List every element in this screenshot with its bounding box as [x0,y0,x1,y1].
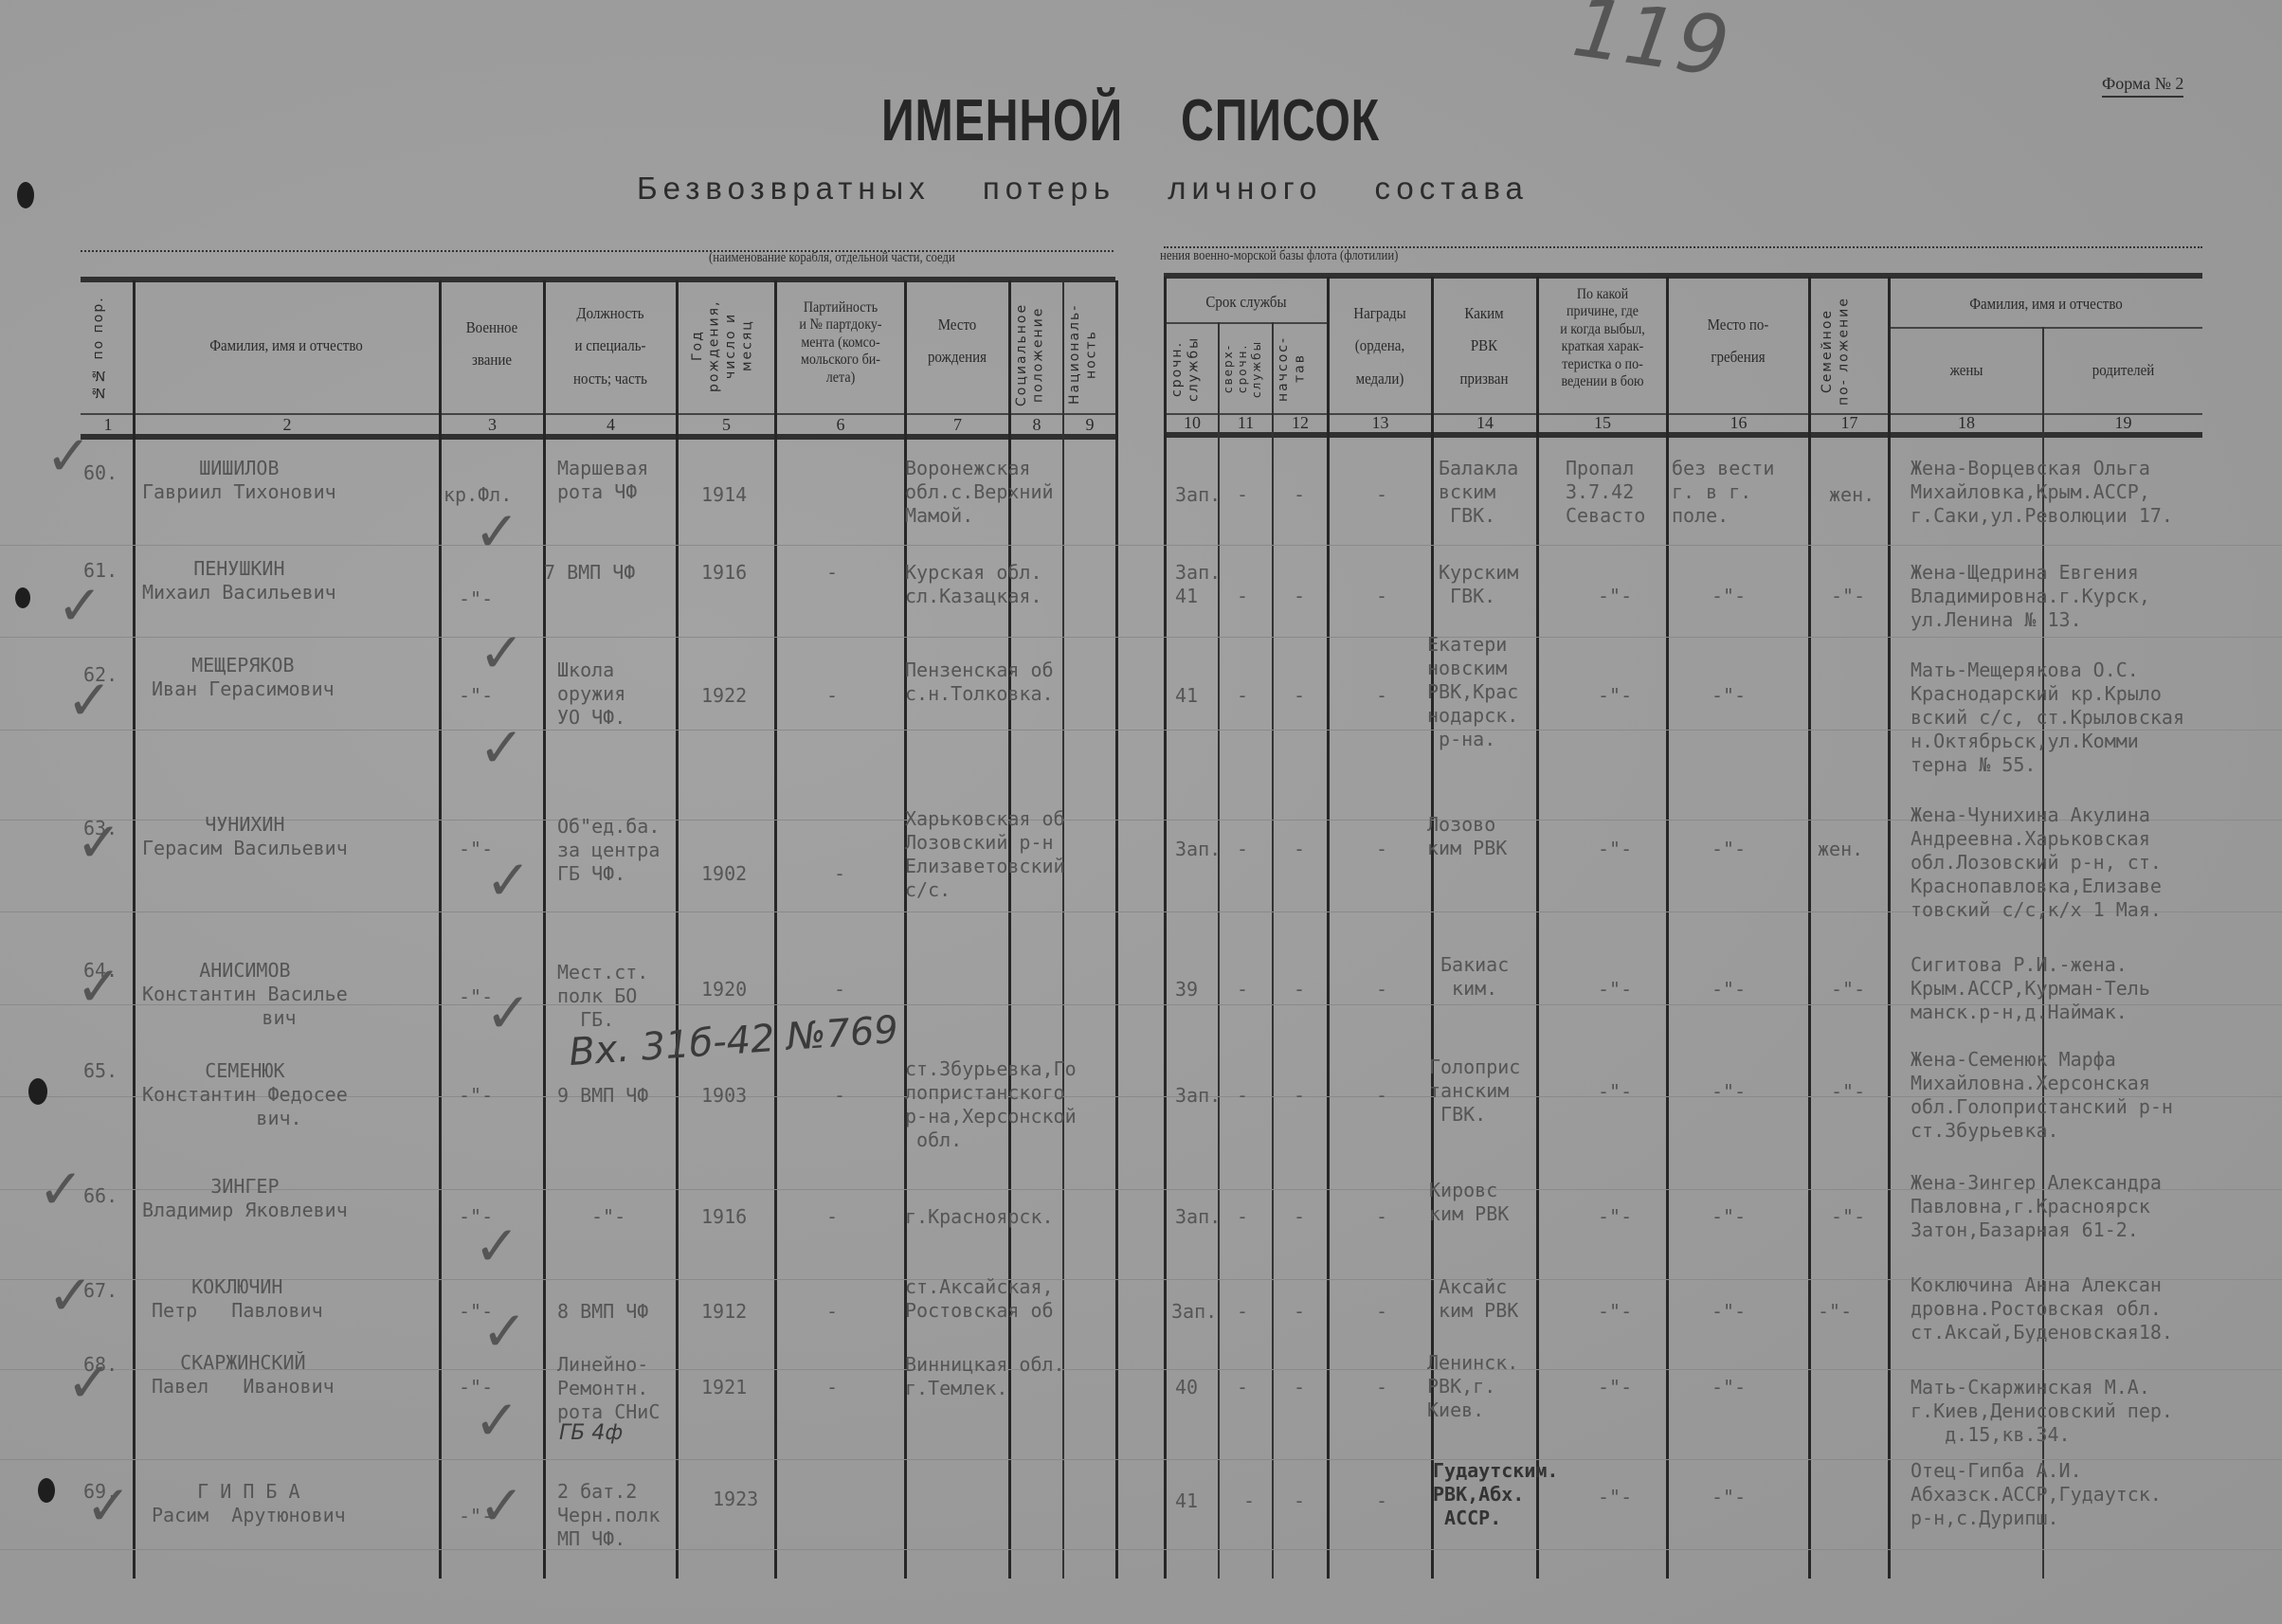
header-text: рождения [913,345,1001,370]
row-rvk: Ленинск. РВК,г. Киев. [1427,1351,1518,1422]
row-awards: - [1376,585,1387,608]
col-number: 9 [1064,415,1115,435]
header-col-9: Националь- ность [1067,301,1113,407]
row-command: - [1294,1205,1305,1229]
row-burial: -"- [1711,1376,1746,1399]
header-col-15: По какойпричине, гдеи когда выбыл,кратка… [1547,286,1658,390]
col-divider [1272,322,1274,1579]
row-born: 1920 [701,978,747,1001]
col-divider [1888,277,1891,1579]
row-born: 1903 [701,1084,747,1108]
row-reason: -"- [1598,1300,1632,1324]
header-text: гребения [1677,345,1799,370]
col-number: 5 [679,415,774,435]
check-mark-icon: ✓ [479,625,525,680]
row-party: - [834,1084,845,1108]
row-term-regular: Зап. [1175,1205,1221,1229]
row-rvk: Балакла вским ГВК. [1439,457,1518,528]
header-col-3: Военноезвание [447,316,535,373]
row-term-extra: - [1237,1376,1248,1399]
caption-right: нения военно-морской базы флота (флотили… [1160,248,1398,264]
header-text: краткая харак- [1547,338,1658,355]
header-relatives: Фамилия, имя и отчество [1910,292,2183,316]
row-birthplace: ст.Аксайская, Ростовская об [905,1275,1054,1323]
col-number: 19 [2045,413,2201,433]
row-birthplace: г.Красноярск. [905,1205,1054,1229]
row-rvk: Бакиас ким. [1440,953,1509,1001]
header-text: причине, где [1547,303,1658,320]
header-col-1: №№ по пор. [91,289,129,407]
check-mark-icon: ✓ [76,959,122,1014]
row-term-regular: 41 [1175,684,1198,708]
row-command: - [1294,1084,1305,1108]
row-party: - [834,978,845,1001]
header-col-11: сверх- срочн. службы [1222,328,1271,409]
row-awards: - [1376,1489,1387,1513]
header-text: Год рождения, [690,299,722,391]
row-wife: Жена-Щедрина Евгения Владимировна.г.Курс… [1911,561,2150,632]
check-mark-icon: ✓ [479,1478,525,1533]
page-subtitle: Безвозвратных потерь личного состава [637,171,1529,207]
form-number: Форма № 2 [2102,74,2183,98]
row-reason: -"- [1598,585,1632,608]
ruled-line [0,637,2282,638]
col-number: 3 [442,415,543,435]
row-awards: - [1376,684,1387,708]
row-name: СЕМЕНЮК Константин Федосее вич. [142,1059,348,1130]
row-family: -"- [1831,1205,1865,1229]
row-reason: -"- [1598,978,1632,1001]
row-position: 9 ВМП ЧФ [557,1084,648,1108]
row-party: - [826,1300,838,1324]
row-position: -"- [591,1205,625,1229]
row-term-extra: - [1237,1084,1248,1108]
col-number: 15 [1539,413,1666,433]
header-text: Военное [447,316,535,340]
row-rvk: Голоприс танским ГВК. [1429,1056,1520,1127]
header-col-7: Месторождения [913,313,1001,370]
row-rvk: Курским ГВК. [1439,561,1518,608]
row-awards: - [1376,1300,1387,1324]
row-birthplace: ст.Збурьевка,Го лопристанского р-на,Херс… [905,1057,1077,1152]
col-number: 11 [1220,413,1272,433]
header-text: Награды [1335,301,1423,326]
row-command: - [1294,684,1305,708]
row-reason: Пропал 3.7.42 Севасто [1566,457,1645,528]
header-text: и № партдоку- [785,316,896,334]
check-mark-icon: ✓ [485,853,532,908]
row-term-regular: Зап. [1171,1300,1217,1324]
row-burial: без вести г. в г. поле. [1672,457,1774,528]
ink-blot [17,182,34,208]
row-burial: -"- [1711,1205,1746,1229]
row-born: 1916 [701,561,747,585]
row-command: - [1294,483,1305,507]
row-reason: -"- [1598,838,1632,861]
check-mark-icon: ✓ [66,1355,113,1410]
row-command: - [1294,585,1305,608]
col-divider [1666,277,1669,1579]
row-position: Об"ед.ба. за центра ГБ ЧФ. [557,815,660,886]
header-col-13: Награды(ордена,медали) [1335,301,1423,391]
col-number: 7 [907,415,1008,435]
check-mark-icon: ✓ [485,985,532,1040]
header-text: Партийность [785,299,896,316]
check-mark-icon: ✓ [38,1162,84,1217]
row-command: - [1294,978,1305,1001]
page-title: ИМЕННОЙ СПИСОК [881,87,1380,154]
check-mark-icon: ✓ [66,673,113,728]
row-position: 2 бат.2 Черн.полк МП ЧФ. [557,1480,660,1551]
row-reason: -"- [1598,1080,1632,1104]
row-command: - [1294,1376,1305,1399]
header-col-6: Партийностьи № партдоку-мента (комсо-мол… [785,299,896,387]
row-term-extra: - [1243,1489,1255,1513]
col-number: 18 [1891,413,2042,433]
row-wife: Отец-Гипба А.И. Абхазск.АССР,Гудаутск. р… [1911,1459,2162,1530]
row-party: - [826,1376,838,1399]
row-rvk: Екатери новским РВК,Крас нодарск. р-на. [1427,633,1518,751]
header-text: Должность [553,301,667,326]
row-born: 1922 [701,684,747,708]
header-text: теристка о по- [1547,356,1658,373]
row-party: - [826,1205,838,1229]
row-party: - [834,862,845,886]
row-birthplace: Харьковская об Лозовский р-н Елизаветовс… [905,807,1065,902]
row-family: жен. [1829,483,1874,507]
check-mark-icon: ✓ [474,1393,520,1448]
row-term-regular: Зап. 41 [1175,561,1221,608]
row-born: 1916 [701,1205,747,1229]
row-term-extra: - [1237,1300,1248,1324]
row-name: ШИШИЛОВ Гавриил Тихонович [142,457,336,504]
row-birthplace: Пензенская об с.н.Толковка. [905,659,1054,706]
row-term-regular: Зап. [1175,483,1221,507]
row-burial: -"- [1711,1300,1746,1324]
row-awards: - [1376,1084,1387,1108]
header-text: По какой [1547,286,1658,303]
row-awards: - [1376,838,1387,861]
row-command: - [1294,1489,1305,1513]
col-number: 4 [546,415,676,435]
row-position: Линейно- Ремонтн. рота СНиС [557,1353,660,1424]
header-col-4: Должностьи специаль-ность; часть [553,301,667,391]
header-col-8: Социальное положение [1014,301,1059,407]
row-name: Г И П Б А Расим Арутюнович [152,1480,346,1527]
header-text: и специаль- [553,334,667,358]
row-birthplace: Винницкая обл. г.Темлек. [905,1353,1065,1400]
row-party: - [826,561,838,585]
row-position: 8 ВМП ЧФ [557,1300,648,1324]
row-name: МЕЩЕРЯКОВ Иван Герасимович [152,654,335,701]
col-number: 16 [1669,413,1808,433]
row-awards: - [1376,978,1387,1001]
row-name: АНИСИМОВ Константин Василье вич [142,959,348,1030]
col-number: 10 [1167,413,1218,433]
row-wife: Коключина Анна Алексан дровна.Ростовская… [1911,1273,2173,1344]
row-wife: Сигитова Р.И.-жена. Крым.АССР,Курман-Тел… [1911,953,2150,1024]
header-text: мента (комсо- [785,334,896,352]
check-mark-icon: ✓ [57,578,103,633]
col-number: 6 [777,415,904,435]
header-service-term: Срок службы [1176,290,1316,315]
ink-blot [15,587,30,608]
row-rvk: Аксайс ким РВК [1439,1275,1518,1323]
header-col-12: начсос- тав [1276,328,1325,409]
row-position: 7 ВМП ЧФ [544,561,635,585]
service-term-group-rule [1164,322,1327,324]
row-party: - [826,684,838,708]
relatives-group-rule [1889,327,2202,329]
row-birthplace: Курская обл. сл.Казацкая. [905,561,1042,608]
row-name: СКАРЖИНСКИЙ Павел Иванович [152,1351,335,1398]
col-divider [1164,277,1167,1579]
col-divider [1536,277,1539,1579]
table-top-rule-right [1164,273,2202,279]
ruled-line [0,545,2282,546]
row-number: 65. [83,1059,118,1083]
col-number: 13 [1330,413,1431,433]
table-top-rule-left [81,277,1115,282]
col-divider [1115,280,1118,1579]
col-divider [676,280,679,1579]
row-term-regular: 39 [1175,978,1198,1001]
col-divider [774,280,777,1579]
row-term-extra: - [1237,684,1248,708]
ink-blot [38,1478,55,1503]
row-rank: -"- [459,684,493,708]
row-term-extra: - [1237,1205,1248,1229]
row-born: 1923 [713,1488,758,1511]
row-term-extra: - [1237,978,1248,1001]
row-birthplace: Воронежская обл.с.Верхний Мамой. [905,457,1054,528]
row-wife: Жена-Зингер Александра Павловна,г.Красно… [1911,1171,2162,1242]
row-rank: -"- [459,587,493,611]
row-term-regular: Зап. [1175,838,1221,861]
col-number: 2 [136,415,439,435]
check-mark-icon: ✓ [474,504,520,559]
col-number: 17 [1811,413,1888,433]
header-text: звание [447,348,535,372]
header-text: призван [1440,367,1528,391]
row-awards: - [1376,1376,1387,1399]
row-burial: -"- [1711,1080,1746,1104]
header-col-17: Семейное по- ложение [1820,294,1876,409]
row-burial: -"- [1711,684,1746,708]
row-command: - [1294,838,1305,861]
unit-name-line-left [81,250,1114,252]
row-burial: -"- [1711,838,1746,861]
header-text: Каким [1440,301,1528,326]
header-col-18: жены [1900,358,2034,383]
check-mark-icon: ✓ [479,720,525,775]
col-number: 14 [1434,413,1536,433]
col-number: 8 [1011,415,1062,435]
ruled-line [0,1369,2282,1370]
row-family: -"- [1818,1300,1852,1324]
check-mark-icon: ✓ [474,1218,520,1273]
header-text: медали) [1335,367,1423,391]
col-divider [133,280,136,1579]
row-term-extra: - [1237,585,1248,608]
row-burial: -"- [1711,1486,1746,1509]
row-wife: Жена-Семенюк Марфа Михайловна.Херсонская… [1911,1048,2173,1143]
header-col-2: Фамилия, имя и отчество [154,334,419,358]
check-mark-icon: ✓ [85,1478,132,1533]
header-text: число и месяц [723,313,755,379]
row-burial: -"- [1711,585,1746,608]
row-awards: - [1376,1205,1387,1229]
row-term-regular: 40 [1175,1376,1198,1399]
ruled-line [0,1549,2282,1550]
check-mark-icon: ✓ [481,1304,528,1359]
col-number: 12 [1274,413,1327,433]
header-text: лета) [785,370,896,387]
row-term-regular: 41 [1175,1489,1198,1513]
row-number: 66. [83,1184,118,1208]
row-name: ЗИНГЕР Владимир Яковлевич [142,1175,348,1222]
header-text: мольского би- [785,352,896,369]
row-reason: -"- [1598,1205,1632,1229]
header-text: и когда выбыл, [1547,321,1658,338]
row-family: -"- [1831,585,1865,608]
row-reason: -"- [1598,1486,1632,1509]
header-text: РВК [1440,334,1528,358]
row-born: 1914 [701,483,747,507]
row-reason: -"- [1598,1376,1632,1399]
header-col-19: родителей [2055,358,2192,383]
check-mark-icon: ✓ [45,428,92,483]
row-family: жен. [1818,838,1863,861]
row-position: Мест.ст. полк БО ГБ. [557,961,648,1032]
row-wife: Мать-Мещерякова О.С. Краснодарский кр.Кр… [1911,659,2184,777]
row-name: ЧУНИХИН Герасим Васильевич [142,813,348,860]
row-family: -"- [1831,1080,1865,1104]
row-born: 1921 [701,1376,747,1399]
col-divider [1327,277,1330,1579]
header-col-16: Место по-гребения [1677,313,1799,370]
row-awards: - [1376,483,1387,507]
row-rank: -"- [459,1084,493,1108]
row-born: 1902 [701,862,747,886]
col-divider [543,280,546,1579]
row-wife: Жена-Ворцевская Ольга Михайловка,Крым.АС… [1911,457,2173,528]
header-text: Место [913,313,1001,337]
caption-left: (наименование корабля, отдельной части, … [709,250,955,266]
ink-blot [28,1078,47,1105]
header-text: ность; часть [553,367,667,391]
row-term-extra: - [1237,483,1248,507]
header-col-14: КакимРВКпризван [1440,301,1528,391]
handwritten-unit-note: ГБ 4ф [559,1421,623,1445]
header-text: Место по- [1677,313,1799,337]
row-rvk: Лозово ким РВК [1427,813,1507,860]
row-rvk: Кировс ким РВК [1429,1179,1509,1226]
row-term-extra: - [1237,838,1248,861]
row-rvk: Гудаутским. РВК,Абх. АССР. [1433,1459,1558,1530]
row-position: Маршевая рота ЧФ [557,457,648,504]
row-position: Школа оружия УО ЧФ. [557,659,625,730]
row-reason: -"- [1598,684,1632,708]
header-col-10: срочн. службы [1169,328,1217,409]
row-name: ПЕНУШКИН Михаил Васильевич [142,557,336,604]
header-text: (ордена, [1335,334,1423,358]
header-text: ведении в бою [1547,373,1658,390]
row-term-regular: Зап. [1175,1084,1221,1108]
col-divider [439,280,442,1579]
check-mark-icon: ✓ [47,1268,94,1323]
row-wife: Мать-Скаржинская М.А. г.Киев,Денисовский… [1911,1376,2173,1447]
row-name: КОКЛЮЧИН Петр Павлович [152,1275,323,1323]
check-mark-icon: ✓ [76,815,122,870]
row-wife: Жена-Чунихина Акулина Андреевна.Харьковс… [1911,803,2162,922]
row-born: 1912 [701,1300,747,1324]
header-col-5: Год рождения, число и месяц [690,284,766,407]
col-divider [1218,322,1220,1579]
row-command: - [1294,1300,1305,1324]
row-family: -"- [1831,978,1865,1001]
col-divider [1808,277,1811,1579]
row-burial: -"- [1711,978,1746,1001]
